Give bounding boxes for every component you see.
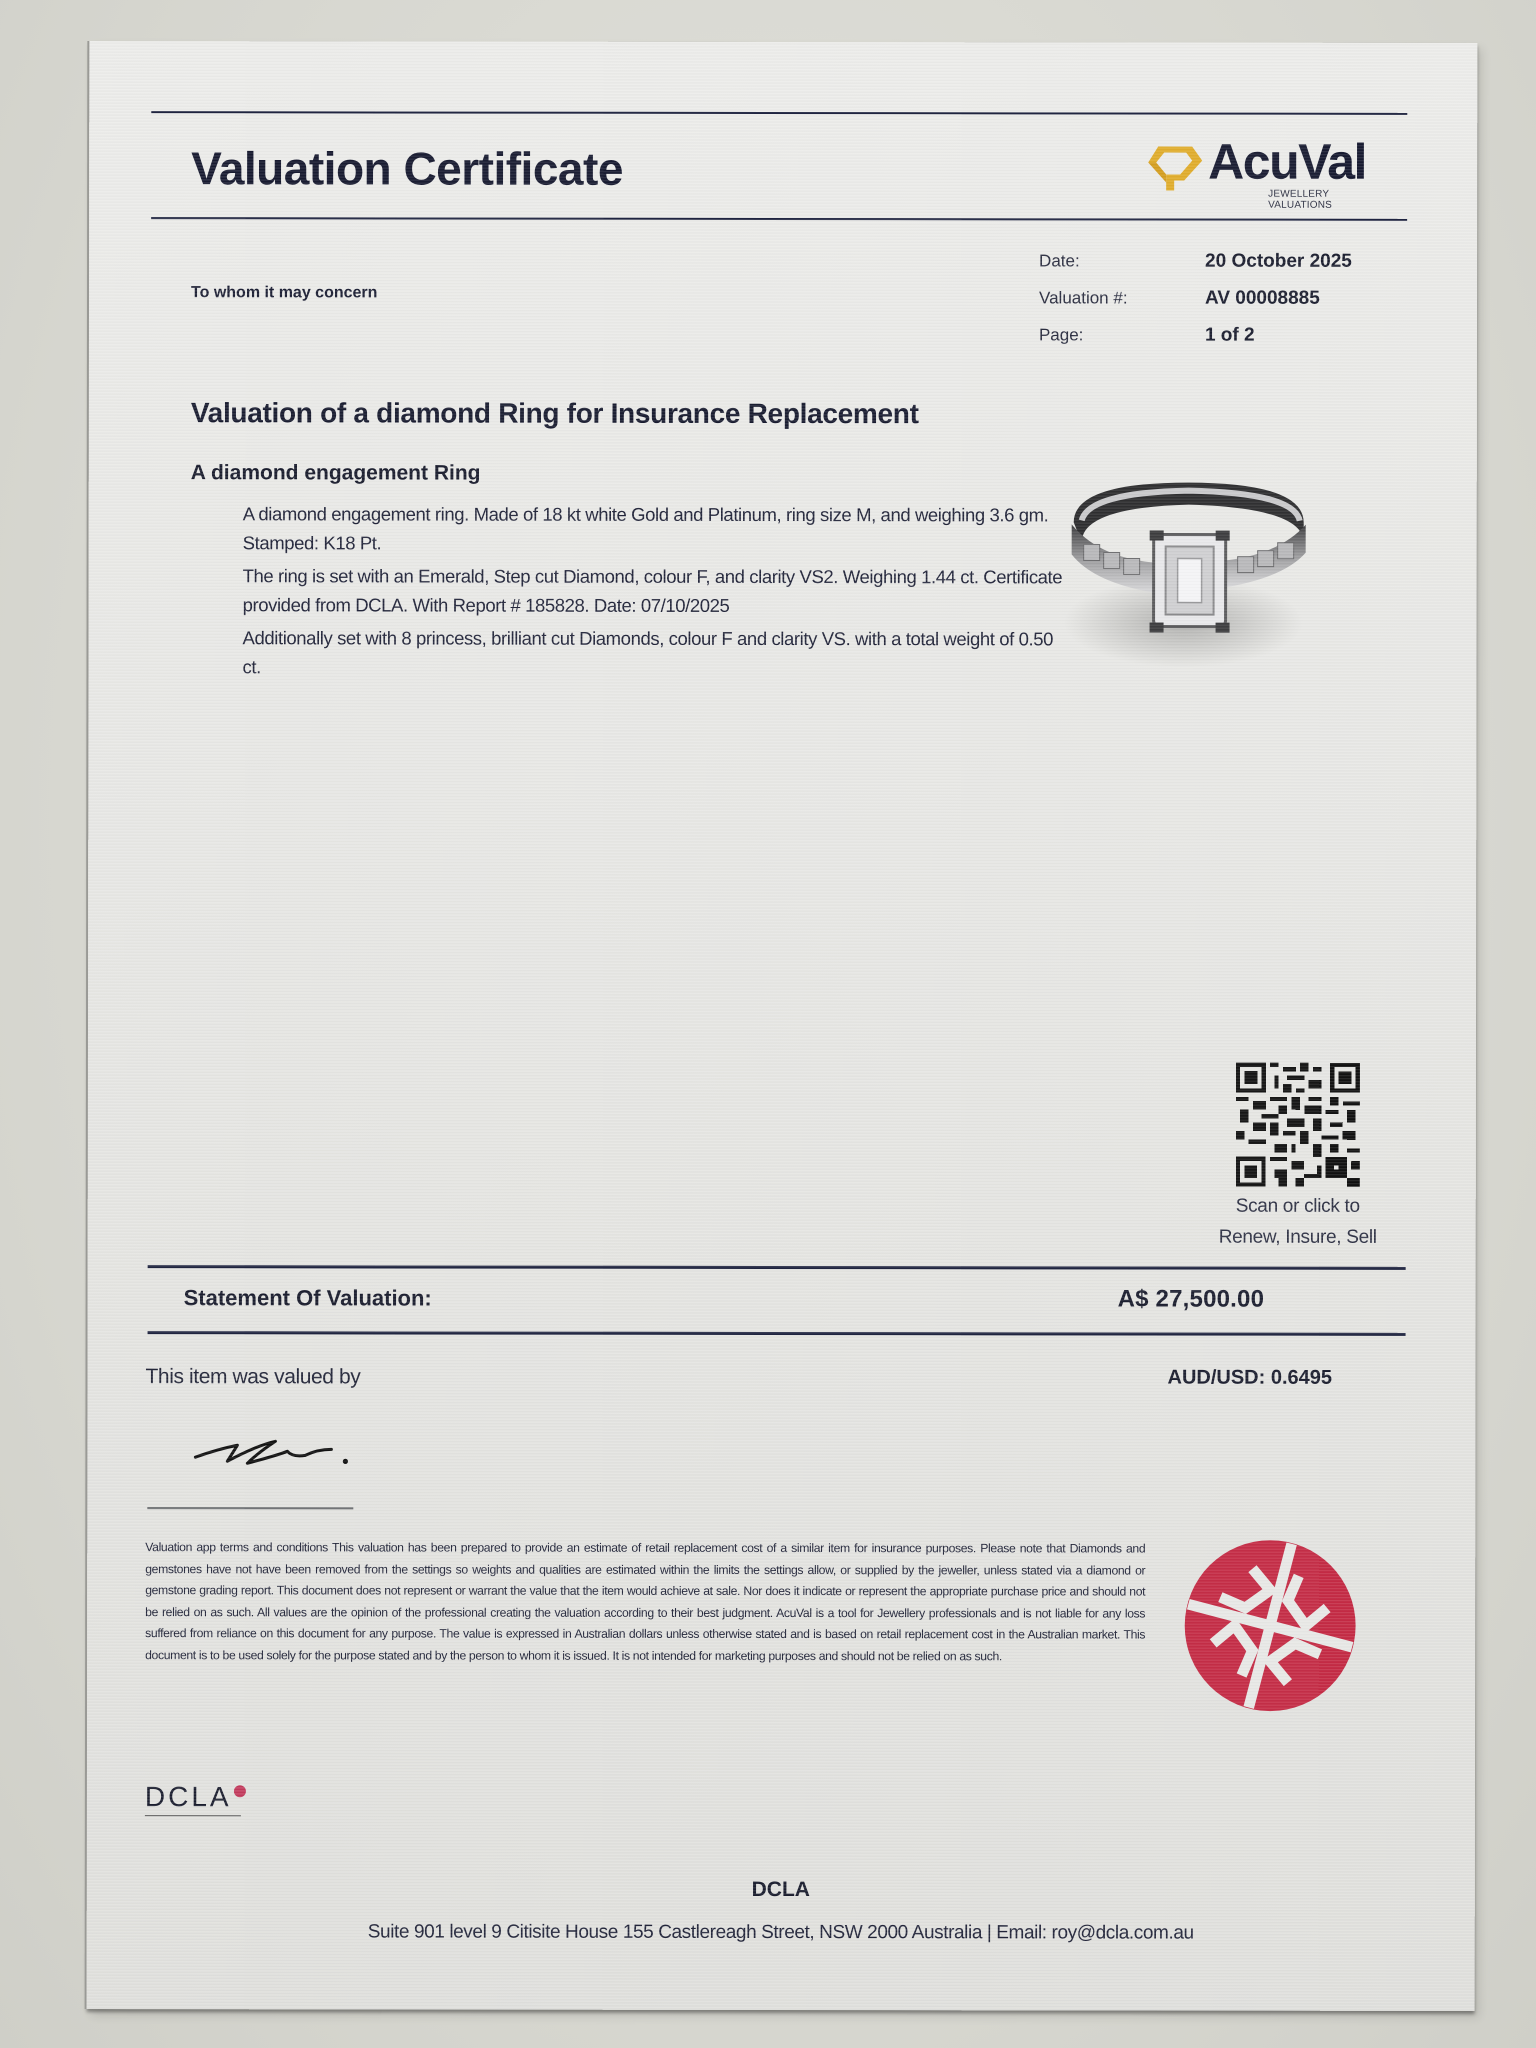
dcla-seal-icon <box>1181 1537 1359 1715</box>
brand-tagline: JEWELLERY VALUATIONS <box>1268 189 1384 211</box>
terms-and-conditions: Valuation app terms and conditions This … <box>145 1537 1145 1668</box>
valuation-heading: Valuation of a diamond Ring for Insuranc… <box>191 397 919 430</box>
meta-valuation-number: Valuation #: AV 00008885 <box>1039 279 1379 316</box>
meta-date: Date: 20 October 2025 <box>1039 242 1379 279</box>
footer-company-name: DCLA <box>87 1877 1475 1903</box>
statement-bottom-rule <box>148 1331 1406 1336</box>
qr-caption-line-1: Scan or click to <box>1178 1191 1418 1222</box>
qr-caption: Scan or click to Renew, Insure, Sell <box>1178 1191 1418 1253</box>
signature <box>187 1431 367 1481</box>
certificate-title: Valuation Certificate <box>191 141 623 196</box>
acuval-diamond-mark-icon <box>1144 141 1206 197</box>
item-subheading: A diamond engagement Ring <box>191 461 481 485</box>
qr-caption-line-2: Renew, Insure, Sell <box>1178 1222 1418 1253</box>
description-paragraph: A diamond engagement ring. Made of 18 kt… <box>243 499 1073 558</box>
brand-name: AcuVal <box>1208 133 1366 191</box>
item-description: A diamond engagement ring. Made of 18 kt… <box>242 499 1072 686</box>
recipient: To whom it may concern <box>191 284 377 302</box>
header-rule <box>151 217 1407 221</box>
signature-line <box>147 1507 353 1509</box>
statement-label: Statement Of Valuation: <box>184 1285 432 1311</box>
qr-code-icon[interactable] <box>1236 1063 1360 1187</box>
meta-label: Date: <box>1039 251 1205 271</box>
dcla-logo-underline <box>145 1815 241 1816</box>
meta-value: 20 October 2025 <box>1205 250 1352 272</box>
valued-by-label: This item was valued by <box>145 1365 360 1389</box>
description-paragraph: The ring is set with an Emerald, Step cu… <box>243 561 1073 620</box>
exchange-rate: AUD/USD: 0.6495 <box>1167 1367 1332 1390</box>
dcla-logo: DCLA <box>145 1781 246 1813</box>
meta-value: AV 00008885 <box>1205 287 1320 309</box>
meta-label: Valuation #: <box>1039 288 1205 308</box>
dcla-logo-text: DCLA <box>145 1781 232 1812</box>
statement-top-rule <box>148 1265 1406 1270</box>
meta-value: 1 of 2 <box>1205 324 1255 346</box>
top-rule <box>151 111 1407 115</box>
meta-page: Page: 1 of 2 <box>1039 316 1379 353</box>
valuation-amount: A$ 27,500.00 <box>1118 1285 1265 1313</box>
acuval-logo: AcuVal JEWELLERY VALUATIONS <box>1144 129 1384 209</box>
dcla-logo-dot-icon <box>234 1785 246 1797</box>
footer-address: Suite 901 level 9 Citisite House 155 Cas… <box>87 1921 1475 1945</box>
certificate-meta: Date: 20 October 2025 Valuation #: AV 00… <box>1039 242 1379 353</box>
description-paragraph: Additionally set with 8 princess, brilli… <box>242 623 1072 682</box>
certificate-sheet: Valuation Certificate AcuVal JEWELLERY V… <box>87 41 1478 2011</box>
ring-photo <box>1053 472 1323 682</box>
meta-label: Page: <box>1039 325 1205 345</box>
